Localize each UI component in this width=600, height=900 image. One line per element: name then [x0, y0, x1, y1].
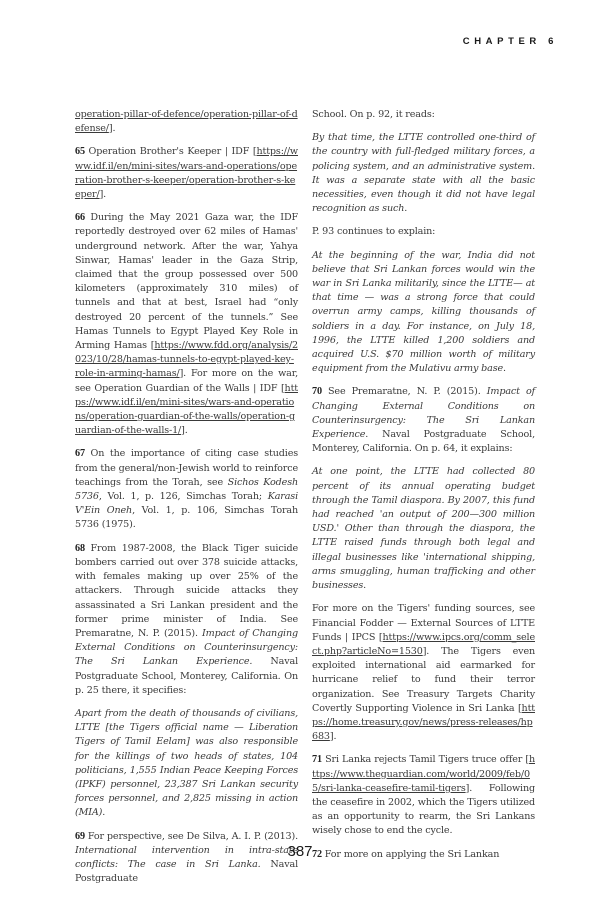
block-quote: By that time, the LTTE controlled one-th…	[312, 131, 535, 216]
footnote-64-continuation: operation-pillar-of-defence/operation-pi…	[75, 108, 298, 136]
footnote-number: 65	[75, 146, 85, 157]
page-number: 387	[0, 843, 600, 860]
footnote-number: 71	[312, 754, 322, 765]
footnote-71: 71 Sri Lanka rejects Tamil Tigers truce …	[312, 753, 535, 838]
block-quote: At one point, the LTTE had collected 80 …	[312, 465, 535, 593]
block-quote: At the beginning of the war, India did n…	[312, 249, 535, 377]
footnote-number: 68	[75, 543, 85, 554]
footnote-69-continuation: School. On p. 92, it reads:	[312, 108, 535, 122]
paragraph: P. 93 continues to explain:	[312, 225, 535, 239]
left-column: operation-pillar-of-defence/operation-pi…	[75, 108, 298, 895]
right-column: School. On p. 92, it reads: By that time…	[312, 108, 535, 871]
footnote-number: 67	[75, 448, 85, 459]
chapter-header: CHAPTER 6	[463, 36, 558, 47]
block-quote: Apart from the death of thousands of civ…	[75, 707, 298, 821]
footnote-65: 65 Operation Brother's Keeper | IDF [htt…	[75, 145, 298, 202]
footnote-68: 68 From 1987-2008, the Black Tiger suici…	[75, 542, 298, 698]
footnote-number: 70	[312, 386, 322, 397]
paragraph: For more on the Tigers' funding sources,…	[312, 602, 535, 744]
footnote-66: 66 During the May 2021 Gaza war, the IDF…	[75, 211, 298, 438]
footnote-67: 67 On the importance of citing case stud…	[75, 447, 298, 532]
footnote-number: 66	[75, 212, 85, 223]
footnote-70: 70 See Premaratne, N. P. (2015). Impact …	[312, 385, 535, 456]
footnote-number: 69	[75, 831, 85, 842]
